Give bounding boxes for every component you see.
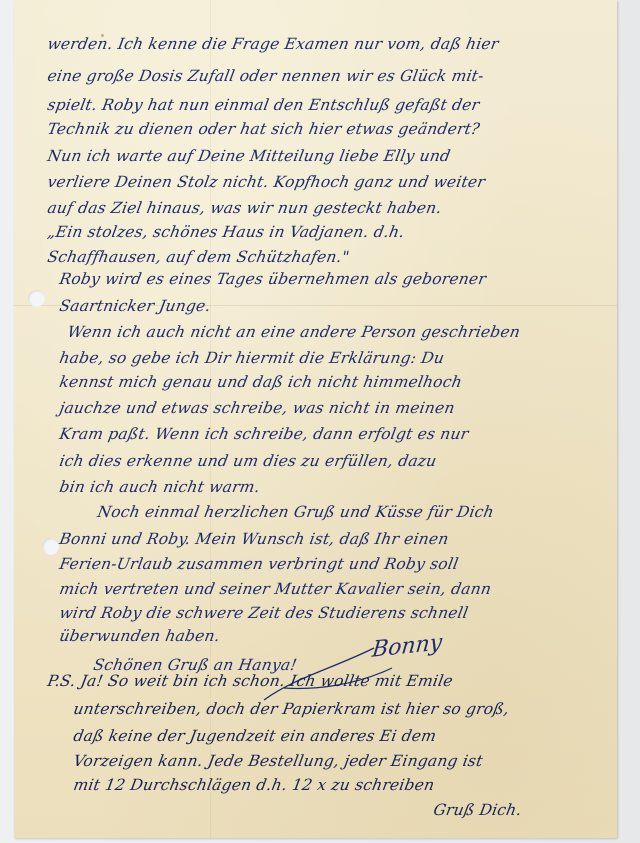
postscript-closing: Gruß Dich. [432,801,523,819]
postscript-line: mit 12 Durchschlägen d.h. 12 x zu schrei… [72,776,436,794]
postscript-line: unterschreiben, doch der Papierkram ist … [72,700,511,718]
postscript: P.S. Ja! So weit bin ich schon. Ich woll… [0,0,640,843]
postscript-line: P.S. Ja! So weit bin ich schon. Ich woll… [46,672,454,690]
postscript-line: daß keine der Jugendzeit ein anderes Ei … [72,727,438,745]
scanned-letter: werden. Ich kenne die Frage Examen nur v… [0,0,640,843]
postscript-line: Vorzeigen kann. Jede Bestellung, jeder E… [72,752,484,770]
